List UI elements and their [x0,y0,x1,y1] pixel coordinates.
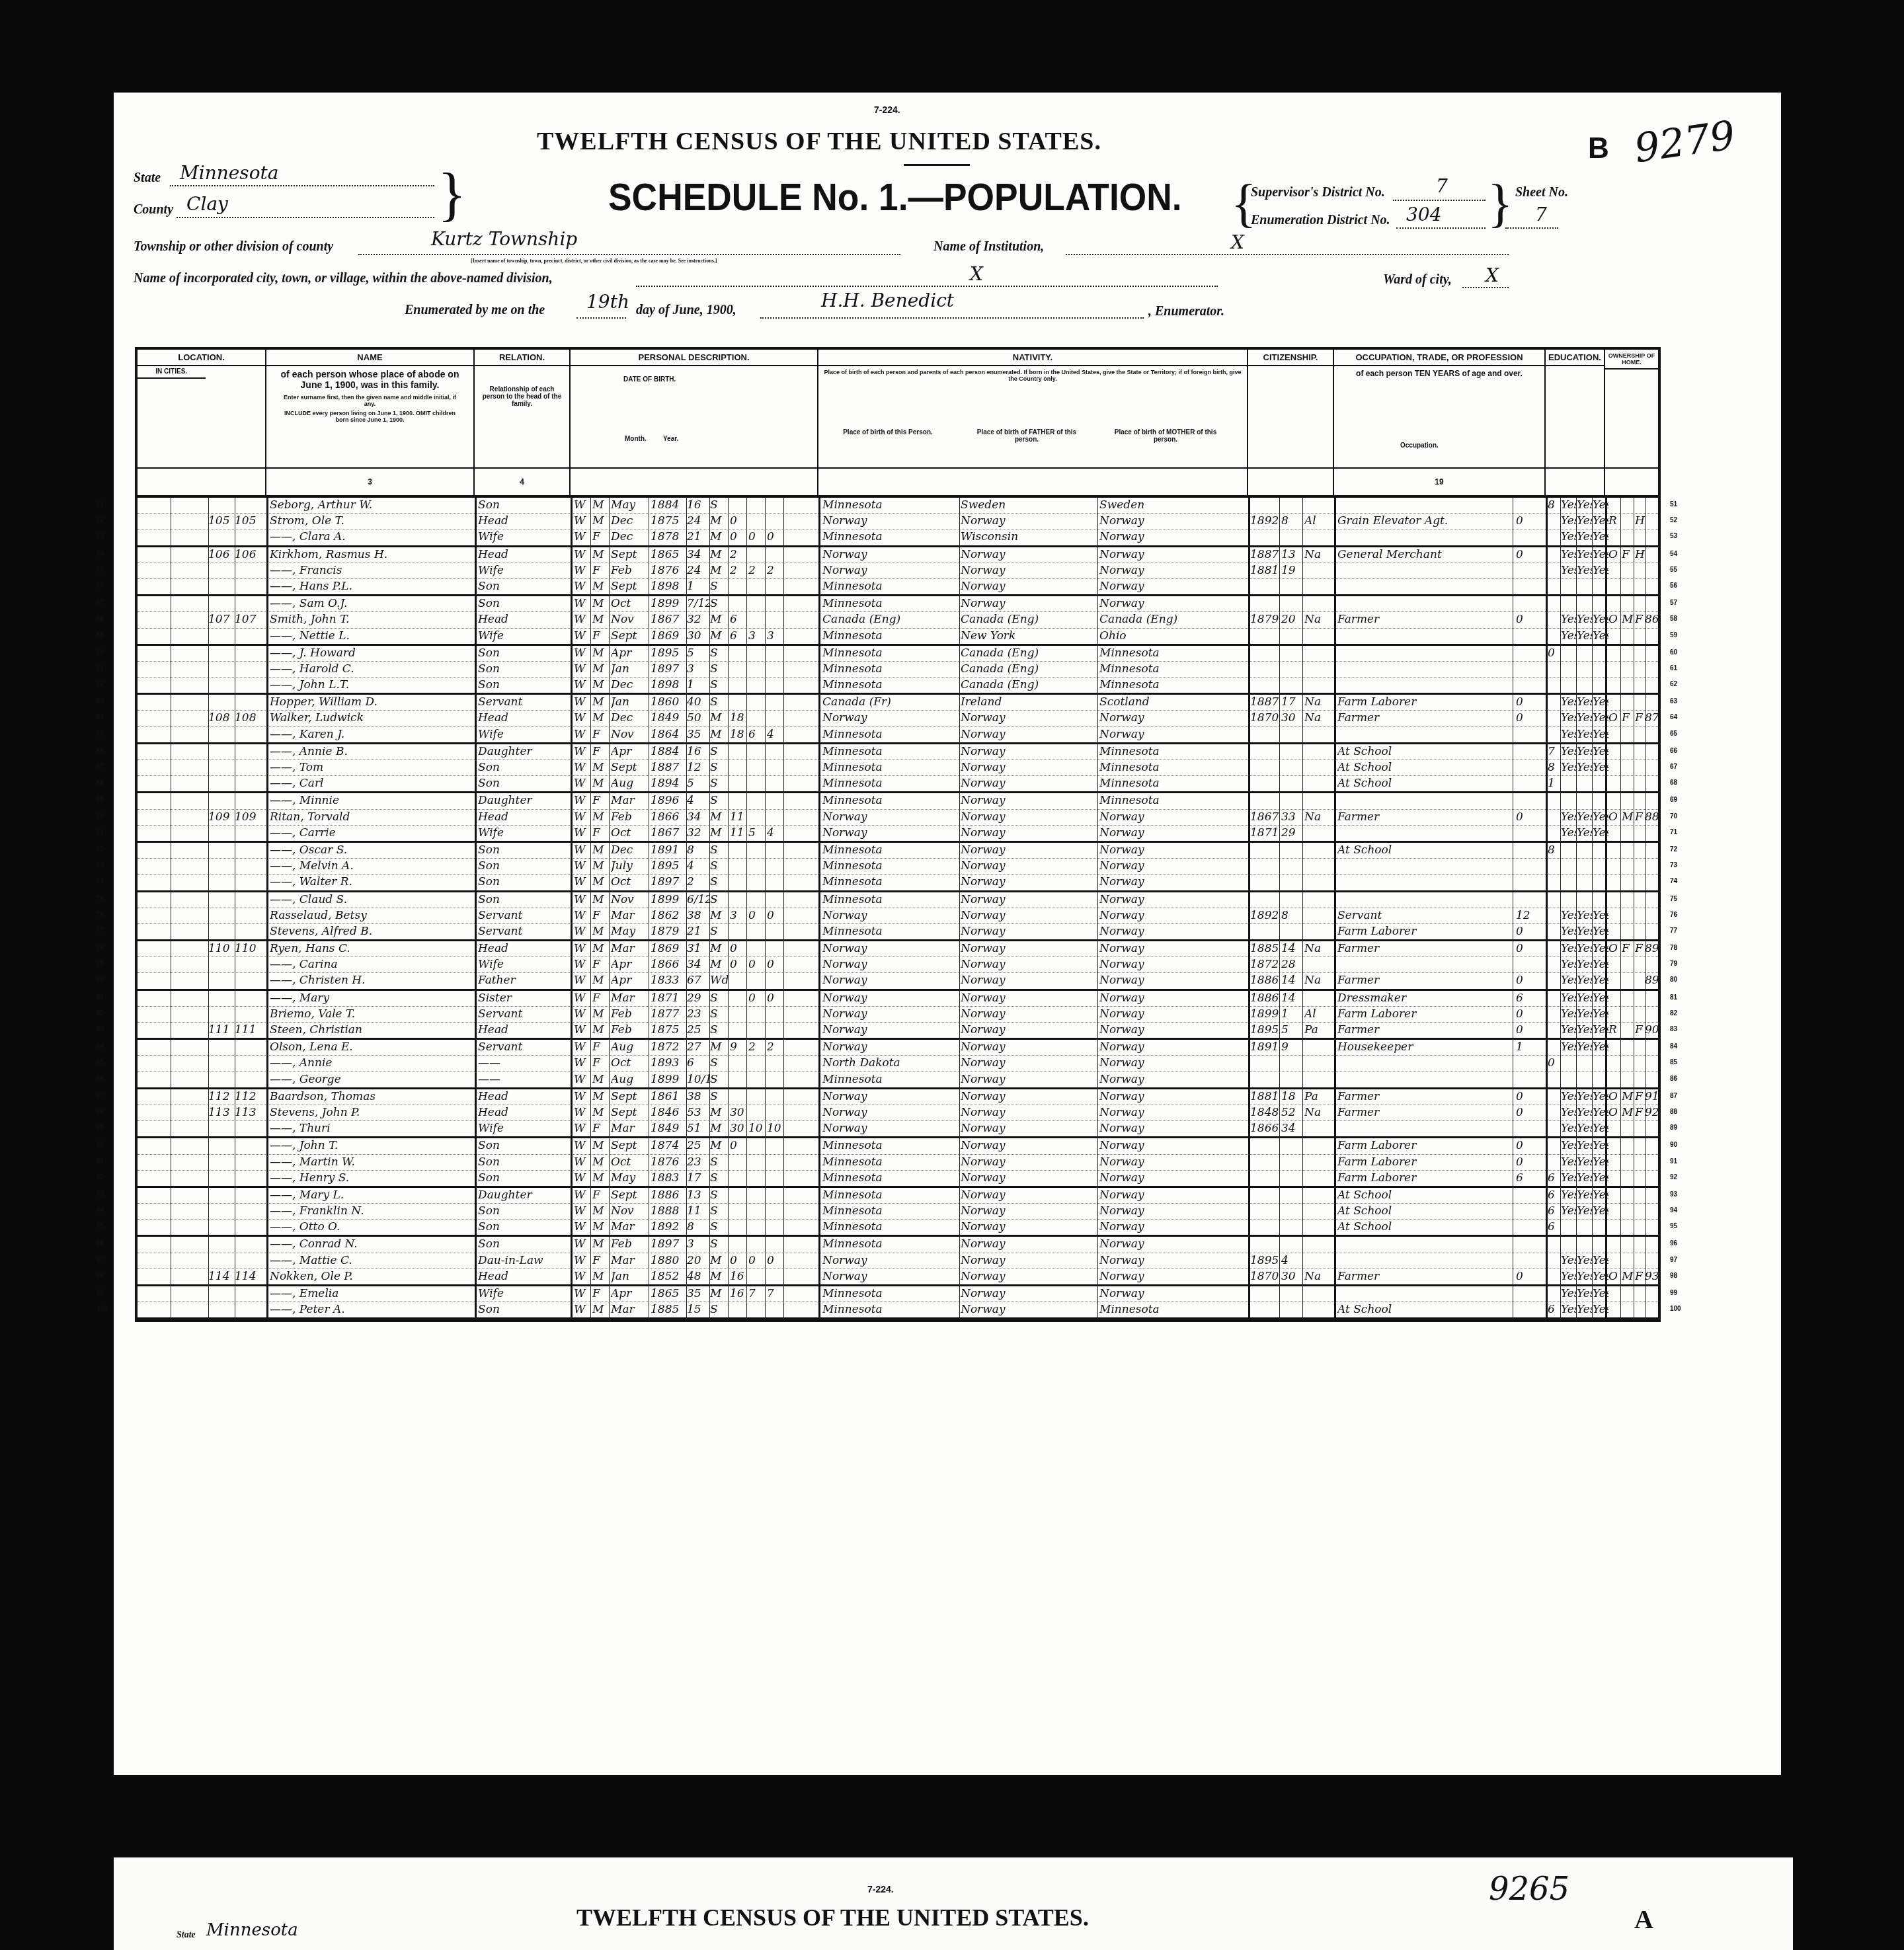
cell-own [1608,579,1622,594]
cell-fam [235,843,264,858]
line-number: 80 [97,976,104,984]
cell-occ [1337,646,1513,661]
cell-name: ——, John T. [270,1138,471,1153]
cell-pobm: Norway [1099,859,1242,874]
cell-pobf: Norway [961,776,1096,791]
line-number: 65 [97,730,104,738]
cell-month: Apr [611,973,651,988]
cell-nat [1304,793,1331,808]
cell-occ: Farm Laborer [1337,924,1513,939]
column-divider [1560,498,1561,1319]
cell-fam: 114 [235,1269,264,1284]
cell-ym [730,892,748,908]
cell-rd [1561,776,1577,791]
line-number: 86 [1670,1075,1677,1083]
line-number: 98 [1670,1272,1677,1280]
form-number: 7-224. [874,104,900,115]
cell-own [1608,826,1622,841]
next-state-value: Minnesota [206,1920,298,1940]
line-number: 66 [1670,748,1677,755]
cell-name: ——, Martin W. [270,1155,471,1170]
cell-fs [1645,596,1658,611]
cell-pobm: Minnesota [1099,776,1242,791]
cell-fam [235,908,264,923]
cell-month: Sept [611,1105,651,1120]
cell-fam [235,1253,264,1268]
cell-ym [730,662,748,677]
cell-unemp [1516,1286,1542,1302]
cell-name: Baardson, Thomas [270,1089,471,1105]
cell-cl: 2 [767,563,785,578]
cell-rel: —— [478,1056,571,1071]
cell-sex: F [592,793,611,808]
cell-fam [235,1138,264,1153]
cell-nat [1304,1072,1331,1087]
cell-age: 30 [687,629,710,644]
cell-ym [730,1023,748,1038]
line-number: 89 [97,1124,104,1132]
cell-sch [1548,547,1561,563]
supervisor-label: Supervisor's District No. [1251,185,1385,200]
cell-mc [748,941,767,956]
line-number: 88 [97,1109,104,1116]
cell-imm [1250,579,1280,594]
cell-own [1608,1188,1622,1203]
cell-nat: Na [1304,973,1331,988]
cell-fr [1622,826,1635,841]
cell-pob: Minnesota [822,1188,958,1203]
cell-own [1608,973,1622,988]
cell-own: O [1608,1269,1622,1284]
cell-fr [1622,1237,1635,1252]
cell-fam: 109 [235,810,264,825]
column-divider [475,498,477,1319]
cell-sch [1548,892,1561,908]
cell-rd: Yes [1561,744,1577,760]
cell-rd [1561,579,1577,594]
cell-cl: 0 [767,957,785,972]
cell-sex: F [592,991,611,1006]
cell-rel: Son [478,1237,571,1252]
cell-fr: M [1622,1105,1635,1120]
cell-own [1608,1121,1622,1136]
cell-yrs [1281,1237,1304,1252]
cell-wr [1577,892,1593,908]
cell-dw [208,529,235,545]
cell-sex: M [592,1155,611,1170]
cell-sch [1548,1286,1561,1302]
cell-sex: F [592,529,611,545]
sheet-label: Sheet No. [1515,185,1568,200]
cell-year: 1895 [651,859,687,874]
cell-pobf: Norway [961,563,1096,578]
cell-ym [730,1188,748,1203]
township-hint: [Insert name of township, town, precinct… [471,258,717,264]
cell-pob: Norway [822,826,958,841]
cell-year: 1867 [651,612,687,627]
cell-wr: Yes [1577,760,1593,775]
cell-fam [235,793,264,808]
cell-occ [1337,678,1513,693]
cell-yrs [1281,1138,1304,1153]
cell-ms: M [710,810,730,825]
cell-fs [1645,908,1658,923]
cell-ym [730,760,748,775]
cell-rel: Wife [478,727,571,742]
line-number: 81 [97,994,104,1001]
cell-yrs [1281,1056,1304,1071]
cell-cl [767,859,785,874]
cell-color: W [574,810,590,825]
cell-rel: Servant [478,908,571,923]
line-number: 78 [97,945,104,952]
cell-age: 53 [687,1105,710,1120]
cell-own [1608,727,1622,742]
cell-pobm: Norway [1099,991,1242,1006]
cell-fr [1622,908,1635,923]
line-number: 68 [97,779,104,787]
cell-rel: Daughter [478,744,571,760]
cell-fam [235,760,264,775]
enumeration-label: Enumeration District No. [1251,213,1390,228]
cell-month: Mar [611,1302,651,1317]
cell-pobf: Norway [961,1040,1096,1055]
table-row: ——, Christen H.FatherWMApr183367WdNorway… [138,973,1658,990]
cell-month: May [611,498,651,513]
cell-pobm: Norway [1099,1220,1242,1235]
cell-mc [748,1072,767,1087]
cell-name: Nokken, Ole P. [270,1269,471,1284]
cell-ym [730,973,748,988]
cell-sch [1548,579,1561,594]
cell-imm: 1881 [1250,1089,1280,1105]
cell-dw [208,579,235,594]
cell-color: W [574,776,590,791]
column-divider [728,498,729,1319]
cell-fr [1622,744,1635,760]
cell-fam [235,695,264,710]
cell-ym: 18 [730,727,748,742]
cell-fs [1645,1171,1658,1186]
cell-own: O [1608,547,1622,563]
cell-month: Feb [611,563,651,578]
cell-ym: 2 [730,547,748,563]
cell-year: 1892 [651,1220,687,1235]
cell-mc [748,1269,767,1284]
cell-fr [1622,1286,1635,1302]
cell-fs [1645,826,1658,841]
cell-imm: 1891 [1250,1040,1280,1055]
cell-ms: S [710,760,730,775]
cell-ym: 30 [730,1121,748,1136]
line-number: 73 [97,862,104,869]
column-divider [1592,498,1593,1319]
cell-sch [1548,629,1561,644]
cell-mc: 0 [748,1253,767,1268]
cell-pob: Norway [822,547,958,563]
cell-dw [208,596,235,611]
line-number: 82 [97,1010,104,1017]
cell-sch: 7 [1548,744,1561,760]
cell-fr [1622,727,1635,742]
cell-nat [1304,662,1331,677]
line-number: 93 [97,1191,104,1198]
line-number: 99 [1670,1290,1677,1297]
cell-pob: Minnesota [822,678,958,693]
line-number: 59 [1670,632,1677,639]
cell-sex: M [592,646,611,661]
cell-mc: 5 [748,826,767,841]
cell-mc [748,514,767,529]
line-number: 58 [1670,615,1677,623]
cell-color: W [574,1188,590,1203]
cell-imm [1250,760,1280,775]
cell-mc: 7 [748,1286,767,1302]
cell-fs [1645,1138,1658,1153]
table-row: 113113Stevens, John P.HeadWMSept184653M3… [138,1105,1658,1121]
table-row: ——, Karen J.WifeWFNov186435M1864Minnesot… [138,727,1658,744]
cell-pobf: Norway [961,875,1096,890]
cell-unemp [1516,1220,1542,1235]
cell-cl [767,941,785,956]
cell-yrs: 4 [1281,1253,1304,1268]
cell-name: ——, Mary L. [270,1188,471,1203]
cell-pobf: Norway [961,941,1096,956]
cell-occ: Servant [1337,908,1513,923]
cell-month: Aug [611,1040,651,1055]
cell-month: Sept [611,1188,651,1203]
cell-cl [767,711,785,726]
cell-pobf: Norway [961,760,1096,775]
cell-ms: S [710,1007,730,1022]
line-number: 68 [1670,779,1677,787]
line-number: 55 [97,566,104,574]
cell-nat [1304,1155,1331,1170]
cell-color: W [574,793,590,808]
line-number: 92 [1670,1174,1677,1181]
cell-cl [767,843,785,858]
cell-ms: M [710,1138,730,1153]
cell-pob: Norway [822,1007,958,1022]
cell-sch: 6 [1548,1220,1561,1235]
cell-dw: 105 [208,514,235,529]
cell-nat [1304,826,1331,841]
line-number: 77 [97,927,104,935]
cell-fs: 89 [1645,973,1658,988]
cell-fr [1622,662,1635,677]
sheet-value: 7 [1535,204,1547,225]
cell-year: 1897 [651,875,687,890]
next-sheet-letter: A [1634,1904,1653,1935]
line-number: 92 [97,1174,104,1181]
cell-pob: Canada (Eng) [822,612,958,627]
cell-fam [235,892,264,908]
cell-rel: Servant [478,924,571,939]
cell-sex: F [592,629,611,644]
cell-pobf: Norway [961,1121,1096,1136]
cell-name: Strom, Ole T. [270,514,471,529]
cell-mc [748,924,767,939]
cell-mc [748,1302,767,1317]
cell-age: 3 [687,662,710,677]
cell-dw [208,1302,235,1317]
cell-nat [1304,1040,1331,1055]
cell-unemp [1516,1204,1542,1219]
cell-mc [748,1237,767,1252]
cell-unemp [1516,498,1542,513]
cell-fr [1622,596,1635,611]
city-value: X [970,263,983,285]
cell-ms: S [710,596,730,611]
cell-pobm: Norway [1099,1105,1242,1120]
cell-age: 15 [687,1302,710,1317]
cell-age: 23 [687,1155,710,1170]
cell-mc [748,810,767,825]
cell-pobm: Norway [1099,1089,1242,1105]
cell-color: W [574,1269,590,1284]
cell-dw [208,973,235,988]
cell-pobf: Norway [961,579,1096,594]
cell-ms: S [710,924,730,939]
cell-nat: Al [1304,514,1331,529]
cell-rd [1561,793,1577,808]
cell-wr: Yes [1577,957,1593,972]
cell-name: ——, Sam O.J. [270,596,471,611]
cell-yrs [1281,529,1304,545]
cell-pob: Norway [822,991,958,1006]
cell-pob: Minnesota [822,629,958,644]
cell-pobm: Norway [1099,810,1242,825]
cell-imm [1250,529,1280,545]
cell-dw [208,1220,235,1235]
cell-own [1608,991,1622,1006]
cell-ym [730,646,748,661]
cell-rd: Yes [1561,1253,1577,1268]
column-divider [1279,498,1280,1319]
cell-mc: 0 [748,529,767,545]
cell-name: ——, Christen H. [270,973,471,988]
brace: } [1487,177,1513,230]
cell-dw [208,1204,235,1219]
cell-imm [1250,498,1280,513]
cell-unemp [1516,662,1542,677]
cell-mc [748,1220,767,1235]
column-divider [1513,498,1513,1319]
cell-pobm: Norway [1099,547,1242,563]
cell-pobm: Norway [1099,1155,1242,1170]
cell-ms: M [710,1253,730,1268]
cell-nat [1304,1121,1331,1136]
cell-pobm: Norway [1099,957,1242,972]
cell-rel: Son [478,859,571,874]
enumerator-line [760,317,1144,319]
cell-fam [235,991,264,1006]
table-row: ——, George——WMAug189910/12SMinnesotaNorw… [138,1072,1658,1089]
cell-own [1608,629,1622,644]
cell-pobf: Norway [961,859,1096,874]
personal-description-header: PERSONAL DESCRIPTION. DATE OF BIRTH. Mon… [571,350,818,495]
cell-name: ——, Otto O. [270,1220,471,1235]
cell-year: 1883 [651,1171,687,1186]
cell-fs [1645,892,1658,908]
cell-yrs [1281,859,1304,874]
cell-rd: Yes [1561,1286,1577,1302]
cell-mc [748,596,767,611]
cell-fs: 87 [1645,711,1658,726]
institution-value: X [1231,231,1244,253]
enumerated-prefix: Enumerated by me on the [405,303,545,318]
cell-rd: Yes [1561,957,1577,972]
cell-wr: Yes [1577,744,1593,760]
cell-cl [767,1188,785,1203]
cell-nat [1304,1138,1331,1153]
cell-ym [730,1007,748,1022]
cell-nat: Na [1304,612,1331,627]
cell-pobf: Norway [961,1204,1096,1219]
cell-fs [1645,1121,1658,1136]
cell-own: R [1608,514,1622,529]
cell-rd: Yes [1561,1138,1577,1153]
cell-sex: M [592,1171,611,1186]
cell-pobm: Norway [1099,908,1242,923]
cell-pob: Minnesota [822,793,958,808]
cell-ym: 9 [730,1040,748,1055]
cell-unemp: 12 [1516,908,1542,923]
column-divider [1576,498,1577,1319]
cell-wr: Yes [1577,826,1593,841]
table-row: ——, TomSonWMSept188712SMinnesotaNorwayMi… [138,760,1658,776]
cell-pobm: Minnesota [1099,760,1242,775]
cell-yrs [1281,744,1304,760]
table-row: ——, J. HowardSonWMApr18955SMinnesotaCana… [138,646,1658,662]
line-number: 62 [1670,681,1677,688]
cell-mc [748,892,767,908]
cell-own: O [1608,711,1622,726]
cell-fr [1622,892,1635,908]
cell-sch [1548,810,1561,825]
cell-name: ——, Karen J. [270,727,471,742]
cell-ym [730,859,748,874]
cell-ym [730,1155,748,1170]
cell-month: Dec [611,678,651,693]
cell-sch [1548,514,1561,529]
cell-imm [1250,1171,1280,1186]
cell-pob: Minnesota [822,1302,958,1317]
cell-rel: Son [478,596,571,611]
cell-fs [1645,646,1658,661]
cell-ms: M [710,514,730,529]
cell-sex: M [592,678,611,693]
cell-mc: 10 [748,1121,767,1136]
column-divider [1248,498,1250,1319]
cell-color: W [574,1089,590,1105]
cell-age: 24 [687,563,710,578]
cell-rd [1561,678,1577,693]
cell-yrs: 13 [1281,547,1304,563]
line-number: 93 [1670,1191,1677,1198]
cell-month: Oct [611,1155,651,1170]
cell-wr: Yes [1577,498,1593,513]
enumeration-line [1396,227,1486,229]
cell-own [1608,793,1622,808]
cell-color: W [574,1056,590,1071]
cell-pob: Minnesota [822,776,958,791]
cell-color: W [574,1155,590,1170]
table-row: ——, Mattie C.Dau-in-LawWFMar188020M000No… [138,1253,1658,1269]
cell-unemp [1516,529,1542,545]
cell-wr: Yes [1577,1253,1593,1268]
cell-month: Sept [611,1089,651,1105]
